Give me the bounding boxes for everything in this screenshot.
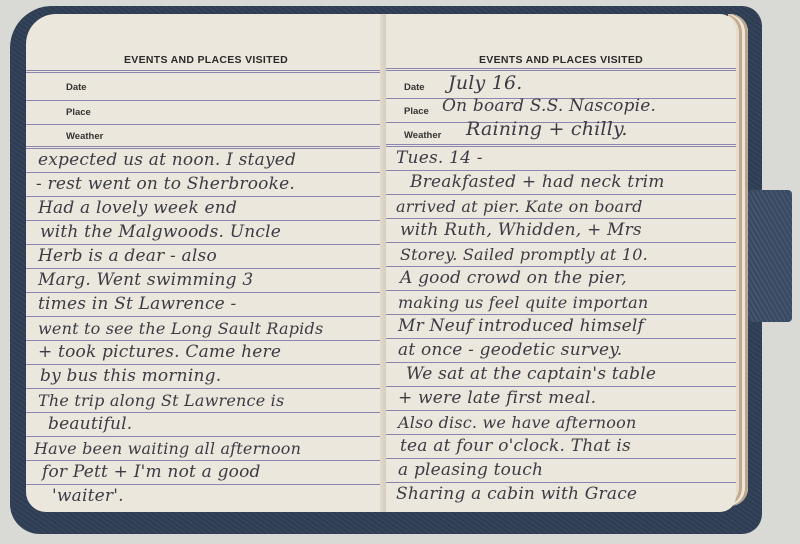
rule <box>386 482 736 483</box>
handwritten-line: + took pictures. Came here <box>38 342 281 362</box>
rule <box>26 172 386 173</box>
rule <box>26 364 386 365</box>
handwritten-line: Tues. 14 - <box>396 148 483 168</box>
handwritten-line: Had a lovely week end <box>38 198 237 218</box>
handwritten-line: at once - geodetic survey. <box>398 340 622 360</box>
rule <box>26 484 386 485</box>
rule <box>26 268 386 269</box>
rule <box>26 412 386 413</box>
handwritten-line: tea at four o'clock. That is <box>400 436 631 456</box>
left-page: EVENTS AND PLACES VISITED Date Place Wea… <box>26 14 386 512</box>
rule <box>386 386 736 387</box>
handwritten-line: Sharing a cabin with Grace <box>396 484 637 504</box>
header-rule <box>26 70 386 73</box>
rule <box>26 436 386 437</box>
rule <box>26 388 386 389</box>
rule <box>386 314 736 315</box>
weather-label: Weather <box>404 130 441 141</box>
rule <box>386 338 736 339</box>
handwritten-line: - rest went on to Sherbrooke. <box>36 174 295 194</box>
rule <box>26 196 386 197</box>
handwritten-line: expected us at noon. I stayed <box>38 150 296 170</box>
handwritten-line: making us feel quite importan <box>398 293 648 312</box>
weather-label: Weather <box>66 131 103 142</box>
cover-clasp-tab <box>748 190 792 322</box>
handwritten-line: for Pett + I'm not a good <box>42 462 261 482</box>
handwritten-line: Mr Neuf introduced himself <box>398 316 644 336</box>
date-value: July 16. <box>448 72 523 94</box>
right-page-header: EVENTS AND PLACES VISITED <box>386 54 736 66</box>
rule <box>386 194 736 195</box>
header-rule <box>386 68 736 71</box>
fields-rule <box>26 146 386 149</box>
place-label: Place <box>66 107 91 118</box>
place-label: Place <box>404 106 429 117</box>
handwritten-line: + were late first meal. <box>398 388 596 408</box>
handwritten-line: The trip along St Lawrence is <box>38 391 284 410</box>
rule <box>386 362 736 363</box>
rule <box>26 340 386 341</box>
rule <box>26 244 386 245</box>
handwritten-line: Storey. Sailed promptly at 10. <box>400 245 648 264</box>
weather-value: Raining + chilly. <box>466 118 628 140</box>
handwritten-line: by bus this morning. <box>40 366 221 386</box>
handwritten-line: We sat at the captain's table <box>406 364 656 384</box>
rule <box>386 410 736 411</box>
place-value: On board S.S. Nascopie. <box>442 96 656 116</box>
rule <box>386 266 736 267</box>
right-page: EVENTS AND PLACES VISITED Date July 16. … <box>386 14 736 512</box>
handwritten-line: Breakfasted + had neck trim <box>410 172 665 192</box>
rule <box>386 242 736 243</box>
rule <box>26 124 386 125</box>
handwritten-line: Have been waiting all afternoon <box>34 439 301 458</box>
rule <box>386 290 736 291</box>
handwritten-line: went to see the Long Sault Rapids <box>38 319 323 338</box>
rule <box>26 292 386 293</box>
handwritten-line: with Ruth, Whidden, + Mrs <box>400 220 642 240</box>
handwritten-line: Also disc. we have afternoon <box>398 413 636 432</box>
handwritten-line: Marg. Went swimming 3 <box>38 270 253 290</box>
fields-rule <box>386 144 736 147</box>
rule <box>386 458 736 459</box>
rule <box>26 316 386 317</box>
handwritten-line: beautiful. <box>48 414 132 434</box>
rule <box>26 460 386 461</box>
rule <box>386 170 736 171</box>
handwritten-line: arrived at pier. Kate on board <box>396 197 643 216</box>
rule <box>386 434 736 435</box>
handwritten-line: A good crowd on the pier, <box>400 268 627 288</box>
rule <box>386 218 736 219</box>
rule <box>26 100 386 101</box>
rule <box>26 220 386 221</box>
handwritten-line: a pleasing touch <box>398 460 543 480</box>
handwritten-line: 'waiter'. <box>52 486 124 506</box>
date-label: Date <box>66 82 87 93</box>
handwritten-line: Herb is a dear - also <box>38 246 217 266</box>
left-page-header: EVENTS AND PLACES VISITED <box>26 54 386 66</box>
handwritten-line: times in St Lawrence - <box>38 294 237 314</box>
date-label: Date <box>404 82 425 93</box>
handwritten-line: with the Malgwoods. Uncle <box>40 222 281 242</box>
